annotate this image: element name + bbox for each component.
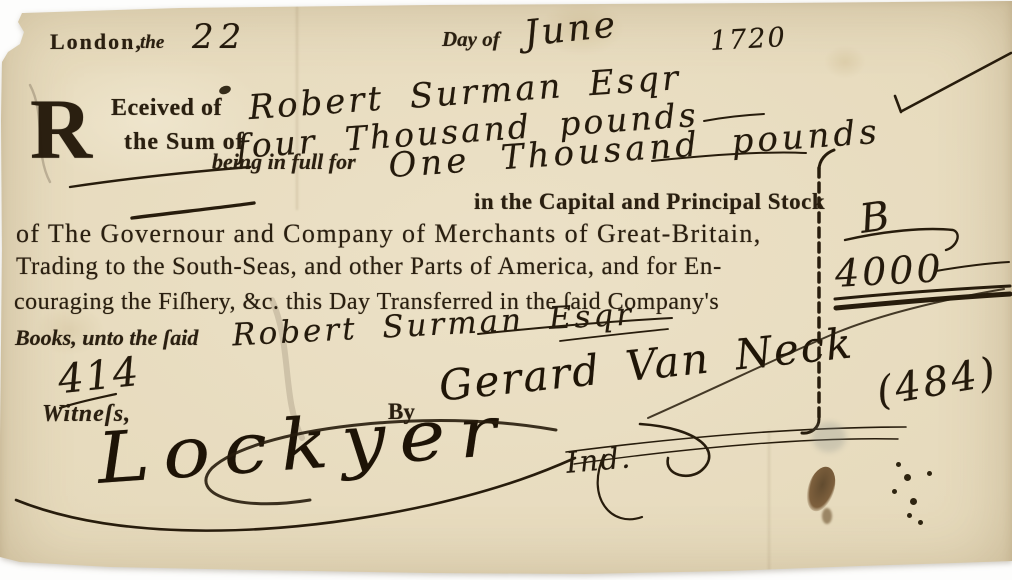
check-mark-stroke: [895, 53, 1011, 112]
receipt-paper: London, the 22 Day of June 1720 R Eceive…: [0, 0, 1012, 580]
paragraph-line-4: Books, unto the ſaid: [15, 326, 198, 349]
crossed-symbol-handwritten: B: [857, 196, 892, 240]
header-city: London,: [50, 30, 143, 53]
sum-dash-stroke-2: [132, 203, 254, 218]
ledger-number-handwritten: (484): [873, 352, 1001, 413]
header-day-of: Day of: [442, 28, 500, 50]
grey-smudge: [812, 422, 846, 452]
paragraph-line-1: of The Governour and Company of Merchant…: [16, 220, 762, 247]
paper-shadow: London, the 22 Day of June 1720 R Eceive…: [0, 0, 1012, 580]
ink-speck-cluster: [896, 462, 901, 467]
dropcap-r: R: [30, 84, 92, 174]
paraph-handwritten: Ind.: [565, 443, 633, 478]
paragraph-line-2: Trading to the South-Seas, and other Par…: [16, 254, 722, 280]
stock-line: in the Capital and Principal Stock: [474, 190, 825, 214]
folio-number-handwritten: 414: [56, 352, 142, 400]
ink-blot-main: [802, 463, 841, 515]
top-ink-spot: [218, 84, 232, 96]
paraph-loop: [640, 424, 709, 476]
amount-underline-heavy: [836, 294, 1010, 308]
amount-swash: [936, 262, 1009, 271]
received-of-label: Eceived of: [111, 96, 222, 121]
header-the: the: [140, 33, 164, 53]
in-full-for-label: being in full for: [212, 150, 356, 173]
fold-crease-bottom: [768, 430, 770, 572]
witness-signature: Lockyer: [95, 395, 512, 494]
month-handwritten: June: [522, 7, 619, 53]
by-label: By: [388, 400, 415, 424]
fold-crease-top: [296, 6, 298, 210]
ink-blot-tail: [822, 508, 832, 524]
year-handwritten: 1720: [709, 24, 787, 55]
day-number-handwritten: 22: [192, 20, 247, 54]
document-scan: London, the 22 Day of June 1720 R Eceive…: [0, 0, 1012, 580]
amount-figures-handwritten: 4000: [834, 249, 945, 293]
